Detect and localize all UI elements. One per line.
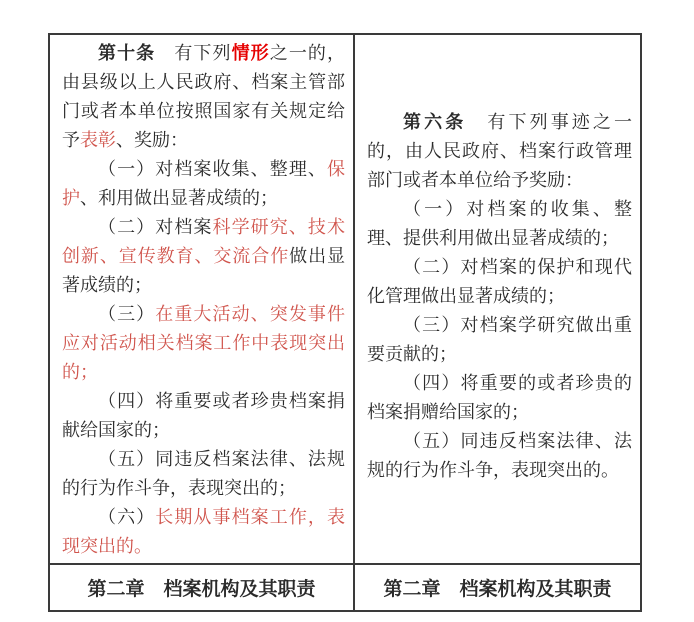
law-text: （四）将重要或者珍贵档案捐献给国家的；	[62, 391, 345, 440]
law-text: 、奖励：	[116, 130, 188, 150]
left-chapter-row: 第二章 档案机构及其职责	[50, 563, 353, 610]
law-paragraph: （一）对档案收集、整理、保护、利用做出显著成绩的；	[62, 155, 345, 213]
column-article-10: 第十条 有下列情形之一的，由县级以上人民政府、档案主管部门或者本单位按照国家有关…	[50, 35, 355, 610]
law-text: （一）对档案收集、整理、	[98, 159, 327, 179]
law-paragraph: （三）在重大活动、突发事件应对活动相关档案工作中表现突出的；	[62, 300, 345, 387]
column-article-6: 第六条 有下列事迹之一的，由人民政府、档案行政管理部门或者本单位给予奖励：（一）…	[355, 35, 640, 610]
law-paragraph: 第十条 有下列情形之一的，由县级以上人民政府、档案主管部门或者本单位按照国家有关…	[62, 39, 345, 155]
law-text: （一）对档案的收集、整理、提供利用做出显著成绩的；	[367, 199, 632, 248]
highlighted-text: 情形	[232, 43, 270, 63]
law-paragraph: （三）对档案学研究做出重要贡献的；	[367, 311, 632, 369]
highlighted-text: 表彰	[80, 130, 116, 150]
law-text: （二）对档案的保护和现代化管理做出显著成绩的；	[367, 257, 632, 306]
article-6-text-cell: 第六条 有下列事迹之一的，由人民政府、档案行政管理部门或者本单位给予奖励：（一）…	[355, 35, 640, 563]
left-chapter-title: 第二章 档案机构及其职责	[87, 574, 315, 601]
law-paragraph: （四）将重要或者珍贵档案捐献给国家的；	[62, 387, 345, 445]
law-text: （六）	[98, 507, 155, 527]
law-paragraph: 第六条 有下列事迹之一的，由人民政府、档案行政管理部门或者本单位给予奖励：	[367, 108, 632, 195]
law-text: 第六条	[403, 112, 466, 132]
law-text: 第十条	[98, 43, 155, 63]
law-text: （五）同违反档案法律、法规的行为作斗争，表现突出的；	[62, 449, 345, 498]
law-paragraph: （五）同违反档案法律、法规的行为作斗争，表现突出的；	[62, 445, 345, 503]
law-paragraph: （二）对档案的保护和现代化管理做出显著成绩的；	[367, 253, 632, 311]
law-comparison-table: 第十条 有下列情形之一的，由县级以上人民政府、档案主管部门或者本单位按照国家有关…	[48, 33, 642, 612]
article-10-text-cell: 第十条 有下列情形之一的，由县级以上人民政府、档案主管部门或者本单位按照国家有关…	[50, 35, 353, 563]
law-paragraph: （四）将重要的或者珍贵的档案捐赠给国家的；	[367, 369, 632, 427]
right-chapter-row: 第二章 档案机构及其职责	[355, 563, 640, 610]
law-text: （五）同违反档案法律、法规的行为作斗争，表现突出的。	[367, 431, 632, 480]
law-text: 有下列	[155, 43, 231, 63]
law-paragraph: （五）同违反档案法律、法规的行为作斗争，表现突出的。	[367, 427, 632, 485]
law-paragraph: （六）长期从事档案工作，表现突出的。	[62, 503, 345, 561]
law-paragraph: （二）对档案科学研究、技术创新、宣传教育、交流合作做出显著成绩的；	[62, 213, 345, 300]
law-text: （三）对档案学研究做出重要贡献的；	[367, 315, 632, 364]
law-paragraph: （一）对档案的收集、整理、提供利用做出显著成绩的；	[367, 195, 632, 253]
law-text: （三）	[98, 304, 155, 324]
law-text: （四）将重要的或者珍贵的档案捐赠给国家的；	[367, 373, 632, 422]
law-text: 、利用做出显著成绩的；	[80, 188, 278, 208]
law-text: （二）对档案	[98, 217, 213, 237]
right-chapter-title: 第二章 档案机构及其职责	[383, 574, 611, 601]
